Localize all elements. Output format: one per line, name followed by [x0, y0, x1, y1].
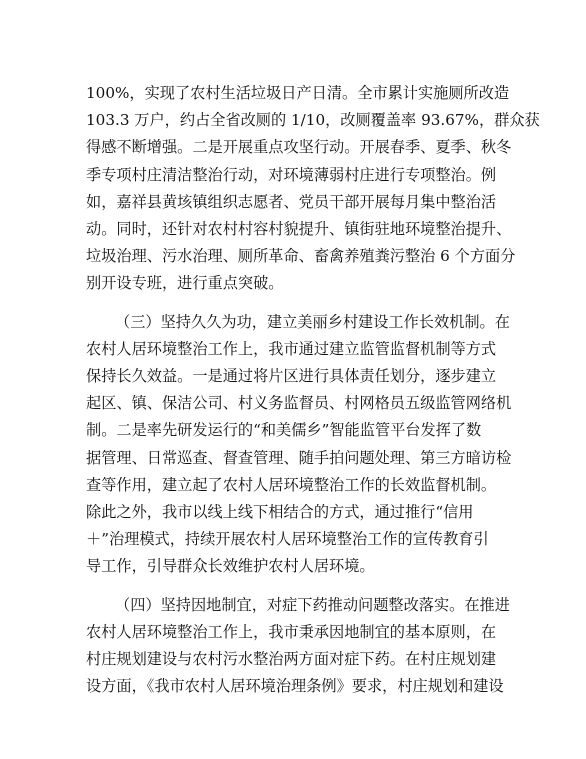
section-heading-line: （四）坚持因地制宜，对症下药推动问题整改落实。在推进: [86, 592, 502, 619]
text-line: 设方面，《我市农村人居环境治理条例》要求，村庄规划和建设: [86, 673, 502, 700]
text-line: 村庄规划建设与农村污水整治两方面对症下药。在村庄规划建: [86, 646, 502, 673]
text-line: 别开设专班，进行重点突破。: [86, 270, 502, 297]
text-line: ＋”治理模式，持续开展农村人居环境整治工作的宣传教育引: [86, 526, 502, 553]
text-line: 季专项村庄清洁整治行动，对环境薄弱村庄进行专项整治。例: [86, 162, 502, 189]
text-line: 100%，实现了农村生活垃圾日产日清。全市累计实施厕所改造: [86, 80, 502, 107]
text-line: 除此之外，我市以线上线下相结合的方式，通过推行“信用: [86, 499, 502, 526]
document-body: 100%，实现了农村生活垃圾日产日清。全市累计实施厕所改造 103.3 万户，约…: [86, 80, 502, 700]
text-line: 垃圾治理、污水治理、厕所革命、畜禽养殖粪污整治 6 个方面分: [86, 243, 502, 270]
text-line: 如，嘉祥县黄垓镇组织志愿者、党员干部开展每月集中整治活: [86, 189, 502, 216]
paragraph-section-4: （四）坚持因地制宜，对症下药推动问题整改落实。在推进 农村人居环境整治工作上，我…: [86, 592, 502, 701]
text-line: 农村人居环境整治工作上，我市秉承因地制宜的基本原则，在: [86, 619, 502, 646]
text-line: 导工作，引导群众长效维护农村人居环境。: [86, 553, 502, 580]
text-line: 据管理、日常巡查、督查管理、随手拍问题处理、第三方暗访检: [86, 445, 502, 472]
document-page: 100%，实现了农村生活垃圾日产日清。全市累计实施厕所改造 103.3 万户，约…: [0, 0, 586, 759]
text-line: 103.3 万户，约占全省改厕的 1/10，改厕覆盖率 93.67%，群众获: [86, 107, 502, 134]
paragraph-section-3: （三）坚持久久为功，建立美丽乡村建设工作长效机制。在 农村人居环境整治工作上，我…: [86, 309, 502, 581]
paragraph-1-continued: 100%，实现了农村生活垃圾日产日清。全市累计实施厕所改造 103.3 万户，约…: [86, 80, 502, 298]
text-line: 制。二是率先研发运行的“和美儒乡”智能监管平台发挥了数: [86, 417, 502, 444]
text-line: 农村人居环境整治工作上，我市通过建立监管监督机制等方式: [86, 336, 502, 363]
text-line: 动。同时，还针对农村村容村貌提升、镇街驻地环境整治提升、: [86, 216, 502, 243]
text-line: 保持长久效益。一是通过将片区进行具体责任划分，逐步建立: [86, 363, 502, 390]
text-line: 查等作用，建立起了农村人居环境整治工作的长效监督机制。: [86, 472, 502, 499]
text-line: 起区、镇、保洁公司、村义务监督员、村网格员五级监管网络机: [86, 390, 502, 417]
text-line: 得感不断增强。二是开展重点攻坚行动。开展春季、夏季、秋冬: [86, 134, 502, 161]
section-heading-line: （三）坚持久久为功，建立美丽乡村建设工作长效机制。在: [86, 309, 502, 336]
